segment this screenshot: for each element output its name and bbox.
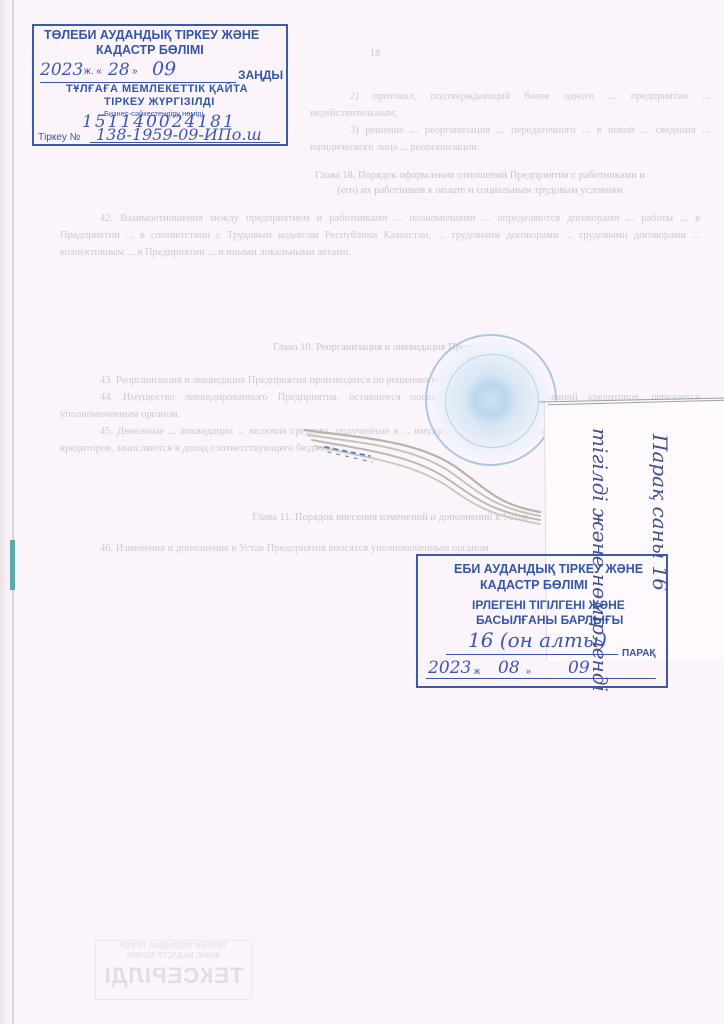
stamp-date-sep2: » [526,666,531,676]
stamp-line-4: БАСЫЛҒАНЫ БАРЛЫҒЫ [476,613,623,627]
stamp-line-5: ТІРКЕУ ЖҮРГІЗІЛДІ [104,96,215,108]
stamp-sheet-label: ПАРАҚ [622,648,656,659]
stamp-underline [446,654,618,655]
seal-emblem [463,372,519,428]
reverse-side-bleed-stamp: ТӨЛЕБИ АУДАНДЫҚ ТІРКЕУ ЖӘНЕ КАДАСТР БӨЛІ… [95,940,252,1000]
chapter-11-heading: Глава 11. Порядок внесения изменений и д… [180,510,600,525]
stamp-line-3: ІРЛЕГЕНІ ТІГІЛГЕНІ ЖӘНЕ [472,598,625,612]
stamp-date-day: 28 [108,60,130,80]
stamp-line-1: ТӨЛЕБИ АУДАНДЫҚ ТІРКЕУ ЖӘНЕ [44,28,259,42]
heading-line: (его) их работников к оплате и социальны… [300,183,660,198]
binding-tab-marker [10,540,15,590]
stamp-date-day: 08 [498,658,520,678]
stamp-date-sep: ж. « [84,66,102,77]
stamp-line-1: ЕБИ АУДАНДЫҚ ТІРКЕУ ЖӘНЕ [454,562,643,576]
stamp-date-month: 09 [568,658,590,678]
paragraph: 42. Взаимоотношения между предприятием и… [60,210,700,261]
stamp-line-2: КАДАСТР БӨЛІМІ [96,43,204,57]
chapter-9-heading: Глава 18. Порядок оформления отношений П… [300,168,660,198]
registration-stamp: ТӨЛЕБИ АУДАНДЫҚ ТІРКЕУ ЖӘНЕ КАДАСТР БӨЛІ… [32,24,288,146]
paragraph: 43. Реорганизация и ликвидация Предприят… [60,372,700,389]
stamp-reg-label: Тіркеу № [38,132,80,143]
stamp-date-sep2: » [132,66,138,77]
paragraph: 3) решение ... реорганизация ... передат… [310,122,710,156]
sheet-count-stamp: ЕБИ АУДАНДЫҚ ТІРКЕУ ЖӘНЕ КАДАСТР БӨЛІМІ … [416,554,668,688]
body-paragraphs-top: 2) протокол, подтверждающий более одного… [310,88,710,156]
ghost-checked-label: ТЕКСЕРІЛДІ [96,963,251,989]
stamp-date-month: 09 [152,58,176,80]
binding-edge-line [12,0,14,1024]
ghost-line-1: ТӨЛЕБИ АУДАНДЫҚ ТІРКЕУ [96,941,251,951]
stamp-date-year: 2023 [428,658,471,678]
stamp-line-4: ТҰЛҒАҒА МЕМЛЕКЕТТІК ҚАЙТА [66,83,248,95]
body-paragraphs-middle: 42. Взаимоотношения между предприятием и… [60,210,700,261]
heading-line: Глава 18. Порядок оформления отношений П… [300,168,660,183]
stamp-underline [426,678,656,679]
stamp-underline [90,142,280,143]
ghost-line-2: ЖӘНЕ КАДАСТР БӨЛІМІ [96,951,251,961]
stamp-line-2: КАДАСТР БӨЛІМІ [480,578,588,592]
stamp-sheet-count: 16 (он алты) [468,628,607,652]
stamp-line-3-suffix: ЗАҢДЫ [238,68,283,82]
stamp-date-year: 2023 [40,60,83,80]
stamp-date-sep: ж [474,666,480,676]
page-number: 18 [370,48,380,59]
official-round-seal [425,334,557,466]
paragraph: 2) протокол, подтверждающий более одного… [310,88,710,122]
